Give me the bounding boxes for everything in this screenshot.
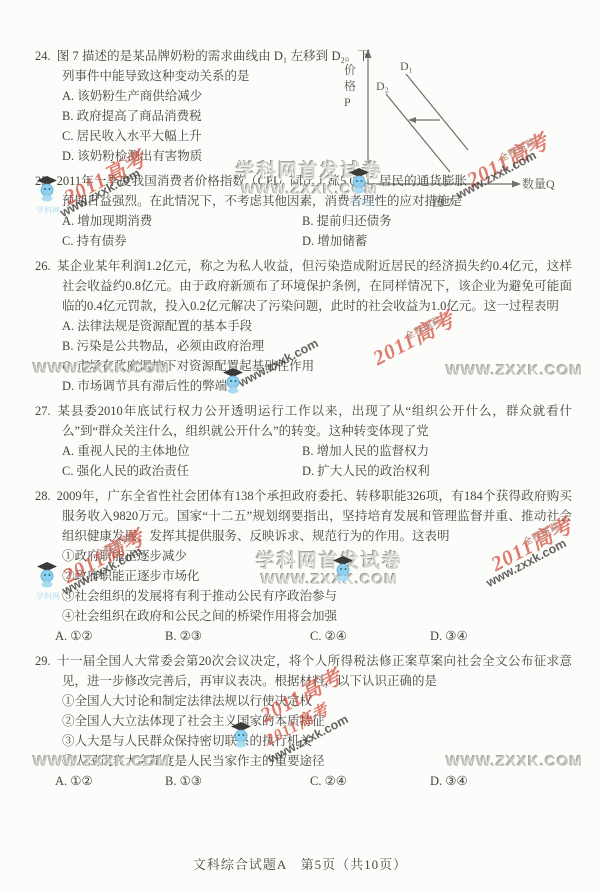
- statement-2: ②全国人大立法体现了社会主义国家的本质特征: [62, 711, 572, 731]
- question-29: 29.十一届全国人大常委会第20次会议决定，将个人所得税法修正案草案向社会全文公…: [35, 651, 572, 791]
- question-27-options: A. 重视人民的主体地位 B. 增加人民的监督权力 C. 强化人民的政治责任 D…: [62, 441, 572, 481]
- option-c: C. 居民收入水平大幅上升: [62, 126, 370, 146]
- option-d: D. 市场调节具有滞后性的弊端: [62, 376, 572, 396]
- statement-3: ③社会组织的发展将有利于推动公民有序政治参与: [62, 586, 572, 606]
- question-number: 24.: [35, 49, 57, 63]
- option-a: A. 增加现期消费: [62, 211, 302, 231]
- question-29-stem-line: 29.十一届全国人大常委会第20次会议决定，将个人所得税法修正案草案向社会全文公…: [35, 651, 572, 691]
- option-a: A. 重视人民的主体地位: [62, 441, 302, 461]
- question-27-stem-line: 27.某县委2010年底试行权力公开透明运行工作以来，出现了从“组织公开什么，群…: [35, 401, 572, 441]
- question-number: 29.: [35, 654, 57, 668]
- question-28-stem-line: 28.2009年，广东全省性社会团体有138个承担政府委托、转移职能326项，有…: [35, 486, 572, 546]
- question-number: 27.: [35, 404, 57, 418]
- statement-4: ④人民代表大会制度是人民当家作主的重要途径: [62, 751, 572, 771]
- option-a: A. 法律法规是资源配置的基本手段: [62, 316, 572, 336]
- question-stem: 某企业某年利润1.2亿元，称之为私人收益，但污染造成附近居民的经济损失约0.4亿…: [57, 259, 572, 313]
- question-number: 28.: [35, 489, 57, 503]
- question-26-options: A. 法律法规是资源配置的基本手段 B. 污染是公共物品，必须由政府治理 C. …: [35, 316, 572, 396]
- option-b: B. 污染是公共物品，必须由政府治理: [62, 336, 572, 356]
- question-stem: 图 7 描述的是某品牌奶粉的需求曲线由 D₁ 左移到 D₂。下列事件中能导致这种…: [57, 49, 370, 83]
- statement-1: ①政府职能正逐步减少: [62, 546, 572, 566]
- statement-2: ②政府职能正逐步市场化: [62, 566, 572, 586]
- page-footer: 文科综合试题A 第5页（共10页）: [0, 854, 600, 873]
- question-stem: 2009年，广东全省性社会团体有138个承担政府委托、转移职能326项，有184…: [57, 489, 572, 543]
- question-28-options: A. ①② B. ②③ C. ②④ D. ③④: [55, 626, 572, 646]
- question-25-stem-line: 25.2011年一季度我国消费者价格指数（CPI）同比上涨5.0%，居民的通货膨…: [35, 171, 467, 211]
- question-29-options: A. ①② B. ①③ C. ②④ D. ③④: [55, 771, 572, 791]
- option-b: B. 增加人民的监督权力: [302, 441, 572, 461]
- option-a: A. ①②: [55, 626, 165, 646]
- question-25: 25.2011年一季度我国消费者价格指数（CPI）同比上涨5.0%，居民的通货膨…: [35, 171, 572, 251]
- questions-area: 24.图 7 描述的是某品牌奶粉的需求曲线由 D₁ 左移到 D₂。下列事件中能导…: [35, 46, 572, 796]
- question-stem: 2011年一季度我国消费者价格指数（CPI）同比上涨5.0%，居民的通货膨胀预期…: [57, 174, 467, 208]
- option-b: B. 政府提高了商品消费税: [62, 106, 370, 126]
- option-b: B. 提前归还债务: [302, 211, 572, 231]
- option-c: C. 市场在政府调控下对资源配置起基础性作用: [62, 356, 572, 376]
- statement-1: ①全国人大讨论和制定法律法规以行使决定权: [62, 691, 572, 711]
- option-b: B. ①③: [165, 771, 310, 791]
- question-24-stem-line: 24.图 7 描述的是某品牌奶粉的需求曲线由 D₁ 左移到 D₂。下列事件中能导…: [35, 46, 370, 86]
- question-number: 26.: [35, 259, 57, 273]
- option-b: B. ②③: [165, 626, 310, 646]
- option-d: D. 扩大人民的政治权利: [302, 461, 572, 481]
- option-c: C. ②④: [310, 771, 430, 791]
- option-c: C. ②④: [310, 626, 430, 646]
- question-24: 24.图 7 描述的是某品牌奶粉的需求曲线由 D₁ 左移到 D₂。下列事件中能导…: [35, 46, 370, 166]
- option-d: D. 该奶粉检测出有害物质: [62, 146, 370, 166]
- question-stem: 某县委2010年底试行权力公开透明运行工作以来，出现了从“组织公开什么，群众就看…: [57, 404, 572, 438]
- question-25-options: A. 增加现期消费 B. 提前归还债务 C. 持有债券 D. 增加储蓄: [62, 211, 572, 251]
- question-26-stem-line: 26.某企业某年利润1.2亿元，称之为私人收益，但污染造成附近居民的经济损失约0…: [35, 256, 572, 316]
- exam-page: 价格P D₁ D₂ 数量Q 图 7 24.图 7 描述的是某品牌奶粉的需求曲线: [0, 0, 600, 894]
- question-28: 28.2009年，广东全省性社会团体有138个承担政府委托、转移职能326项，有…: [35, 486, 572, 646]
- question-stem: 十一届全国人大常委会第20次会议决定，将个人所得税法修正案草案向社会全文公布征求…: [57, 654, 572, 688]
- statement-3: ③人大是与人民群众保持密切联系的执行机关: [62, 731, 572, 751]
- option-c: C. 持有债券: [62, 231, 302, 251]
- question-number: 25.: [35, 174, 57, 188]
- question-27: 27.某县委2010年底试行权力公开透明运行工作以来，出现了从“组织公开什么，群…: [35, 401, 572, 481]
- option-a: A. 该奶粉生产商供给减少: [62, 86, 370, 106]
- statement-4: ④社会组织在政府和公民之间的桥梁作用将会加强: [62, 606, 572, 626]
- question-26: 26.某企业某年利润1.2亿元，称之为私人收益，但污染造成附近居民的经济损失约0…: [35, 256, 572, 396]
- option-d: D. ③④: [430, 626, 572, 646]
- option-d: D. ③④: [430, 771, 572, 791]
- option-d: D. 增加储蓄: [302, 231, 572, 251]
- option-c: C. 强化人民的政治责任: [62, 461, 302, 481]
- option-a: A. ①②: [55, 771, 165, 791]
- question-24-options: A. 该奶粉生产商供给减少 B. 政府提高了商品消费税 C. 居民收入水平大幅上…: [35, 86, 370, 166]
